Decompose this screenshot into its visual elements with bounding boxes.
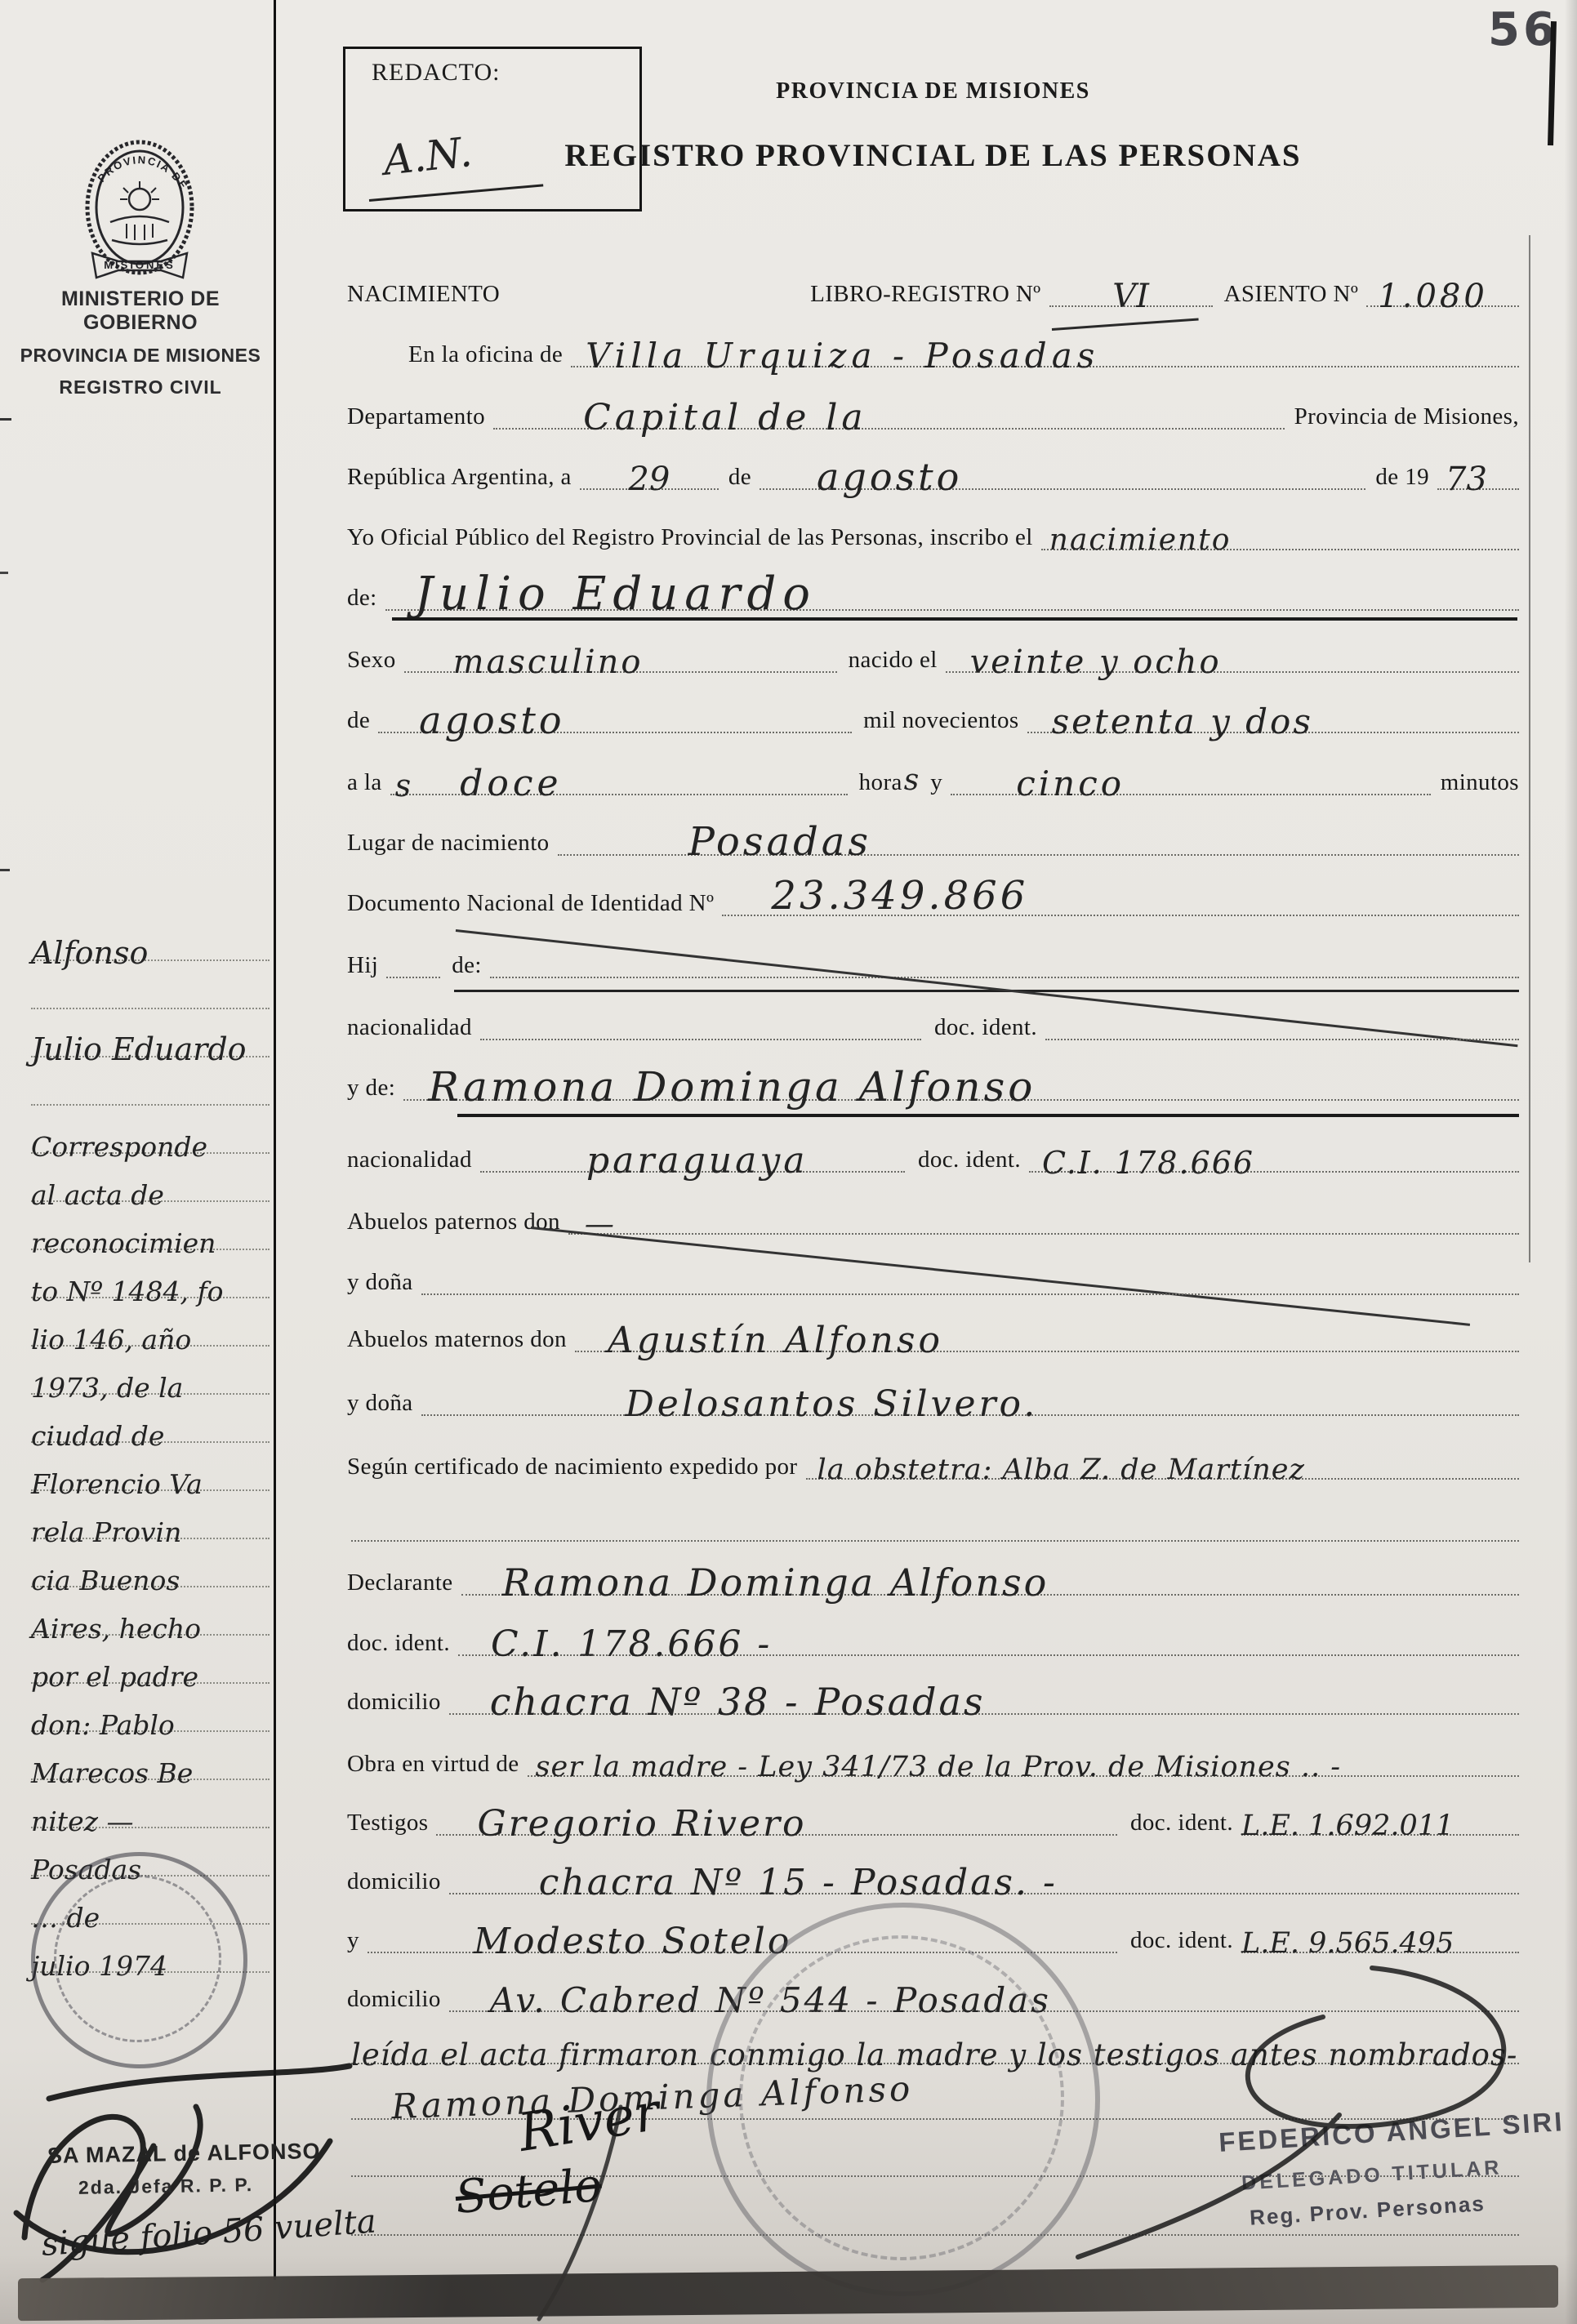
nacido-dia-value: veinte y ocho bbox=[946, 648, 1222, 676]
margin-note-text: nitez — bbox=[31, 1810, 133, 1833]
declarante-domicilio-value: chacra Nº 38 - Posadas bbox=[449, 1686, 986, 1718]
row-mes-nacimiento: de agosto mil novecientos setenta y dos bbox=[347, 701, 1519, 733]
margin-note-text: por el padre bbox=[31, 1666, 198, 1689]
edge-mark bbox=[0, 572, 8, 574]
hora-label: hora bbox=[848, 770, 904, 795]
nombre-value: Julio Eduardo bbox=[385, 575, 817, 614]
nombre-solid-underline bbox=[392, 617, 1517, 621]
dni-value: 23.349.866 bbox=[722, 879, 1028, 913]
obra-value: ser la madre - Ley 341/73 de la Prov. de… bbox=[528, 1756, 1342, 1780]
margin-note-text: 1973, de la bbox=[31, 1377, 183, 1400]
departamento-value: Capital de la bbox=[493, 403, 867, 433]
row-oficial: Yo Oficial Público del Registro Provinci… bbox=[347, 518, 1519, 550]
row-continuation-blank bbox=[351, 1509, 1519, 1542]
margin-note-text: cia Buenos bbox=[31, 1569, 180, 1592]
margin-note-text: reconocimien bbox=[31, 1232, 216, 1255]
y-label: y bbox=[347, 1928, 368, 1953]
seal-arc-text: PROVINCIA DE bbox=[96, 154, 191, 192]
de-label: de bbox=[719, 465, 760, 490]
dia-value: 29 bbox=[628, 465, 670, 493]
row-certificado: Según certificado de nacimiento expedido… bbox=[347, 1447, 1519, 1480]
lugar-value: Posadas bbox=[558, 826, 871, 859]
oficina-value: Villa Urquiza - Posadas bbox=[571, 341, 1099, 371]
scanned-birth-certificate: 56 REDACTO: A.N. PROVINCIA DE MISIONES R… bbox=[0, 0, 1577, 2324]
row-sexo: Sexo masculino nacido el veinte y ocho bbox=[347, 640, 1519, 673]
hora-value: doce bbox=[411, 768, 562, 799]
doc-ident-label: doc. ident. bbox=[1117, 1810, 1241, 1836]
left-stamp-title: 2da. Jefa R. P. P. bbox=[78, 2174, 254, 2199]
row-nacimiento: NACIMIENTO LIBRO-REGISTRO Nº VI ASIENTO … bbox=[347, 274, 1519, 307]
margin-note-text: al acta de bbox=[31, 1184, 164, 1207]
row-abuelo-materno: Abuelos maternos don Agustín Alfonso bbox=[347, 1320, 1519, 1352]
obra-label: Obra en virtud de bbox=[347, 1752, 528, 1777]
margin-note: Alfonso Julio Eduardo Corresponde al act… bbox=[31, 913, 270, 1973]
margin-note-text: Julio Eduardo bbox=[31, 1036, 247, 1062]
row-hora: a la s doce hora s y cinco minutos bbox=[347, 763, 1519, 795]
edge-mark bbox=[0, 418, 11, 421]
row-testigo1: Testigos Gregorio Rivero doc. ident. L.E… bbox=[347, 1803, 1519, 1836]
nacionalidad-label: nacionalidad bbox=[347, 1147, 480, 1173]
margin-note-text: Aires, hecho bbox=[31, 1618, 201, 1641]
declarante-label: Declarante bbox=[347, 1570, 461, 1596]
page-title: REGISTRO PROVINCIAL DE LAS PERSONAS bbox=[347, 137, 1519, 174]
row-nombre: de: Julio Eduardo bbox=[347, 565, 1519, 611]
testigos-label: Testigos bbox=[347, 1810, 436, 1836]
inscribo-value: nacimiento bbox=[1041, 528, 1232, 554]
abuelos-paternos-label: Abuelos paternos don bbox=[347, 1209, 568, 1235]
delegate-signature-swoosh bbox=[1029, 1919, 1568, 2270]
office-line: REGISTRO CIVIL bbox=[18, 376, 263, 398]
row-nacionalidad-madre: nacionalidad paraguaya doc. ident. C.I. … bbox=[347, 1140, 1519, 1173]
abuelos-maternos-label: Abuelos maternos don bbox=[347, 1327, 575, 1352]
dni-label: Documento Nacional de Identidad Nº bbox=[347, 891, 722, 916]
provincia-right-label: Provincia de Misiones, bbox=[1285, 404, 1519, 430]
sexo-label: Sexo bbox=[347, 648, 404, 673]
oficial-label: Yo Oficial Público del Registro Provinci… bbox=[347, 525, 1041, 550]
nacido-el-label: nacido el bbox=[837, 648, 946, 673]
testigo1-value: Gregorio Rivero bbox=[436, 1809, 806, 1839]
row-declarante-doc: doc. ident. C.I. 178.666 - bbox=[347, 1623, 1519, 1656]
testigo2-value: Modesto Sotelo bbox=[368, 1926, 791, 1957]
header-province: PROVINCIA DE MISIONES bbox=[347, 78, 1519, 105]
mes-value: agosto bbox=[760, 461, 962, 493]
doc-ident-label: doc. ident. bbox=[347, 1631, 458, 1656]
margin-note-line: Corresponde bbox=[31, 1106, 270, 1154]
certificado-value: la obstetra: Alba Z. de Martínez bbox=[806, 1458, 1305, 1483]
domicilio-label: domicilio bbox=[347, 1869, 449, 1894]
row-hijo-de: Hij de: bbox=[347, 946, 1519, 978]
right-rule bbox=[1529, 235, 1530, 1262]
margin-note-text: lio 146, año bbox=[31, 1329, 191, 1351]
margin-note-text: to Nº 1484, fo bbox=[31, 1280, 224, 1303]
redacto-box: REDACTO: bbox=[343, 47, 642, 211]
minutos-value: cinco bbox=[951, 769, 1125, 799]
hij-de-label: de: bbox=[440, 953, 490, 978]
testigo1-domicilio-value: chacra Nº 15 - Posadas. - bbox=[449, 1868, 1058, 1898]
domicilio-label: domicilio bbox=[347, 1690, 449, 1715]
declarante-value: Ramona Dominga Alfonso bbox=[461, 1567, 1049, 1599]
libro-underline-stroke bbox=[1052, 318, 1199, 331]
de-colon-label: de: bbox=[347, 585, 385, 611]
row-obra: Obra en virtud de ser la madre - Ley 341… bbox=[347, 1744, 1519, 1777]
hora-plural-s: s bbox=[904, 768, 919, 794]
departamento-label: Departamento bbox=[347, 404, 493, 430]
left-column-rule bbox=[274, 0, 276, 2280]
madre-value: Ramona Dominga Alfonso bbox=[403, 1070, 1036, 1105]
sexo-value: masculino bbox=[404, 648, 644, 676]
y-label: y bbox=[919, 770, 951, 795]
abuela-materna-value: Delosantos Silvero. bbox=[421, 1389, 1039, 1419]
row-abuela-materna: y doña Delosantos Silvero. bbox=[347, 1383, 1519, 1416]
row-nacionalidad-padre: nacionalidad doc. ident. bbox=[347, 1008, 1519, 1040]
round-stamp-inner bbox=[739, 1935, 1064, 2260]
margin-round-stamp-inner bbox=[54, 1875, 221, 2042]
asiento-label: ASIENTO Nº bbox=[1213, 282, 1367, 307]
left-stamp-name: SA MAZAL de ALFONSO bbox=[47, 2139, 321, 2169]
margin-note-line: Julio Eduardo bbox=[31, 1009, 270, 1057]
section-label: NACIMIENTO bbox=[347, 282, 508, 307]
row-madre: y de: Ramona Dominga Alfonso bbox=[347, 1058, 1519, 1101]
edge-mark bbox=[0, 869, 10, 871]
margin-note-text: rela Provin bbox=[31, 1521, 181, 1544]
row-abuelos-paternos: Abuelos paternos don — bbox=[347, 1202, 1519, 1235]
madre-solid-underline bbox=[457, 1114, 1519, 1117]
row-declarante: Declarante Ramona Dominga Alfonso bbox=[347, 1563, 1519, 1596]
row-fecha-registro: República Argentina, a 29 de agosto de 1… bbox=[347, 457, 1519, 490]
ministry-line: MINISTERIO DE GOBIERNO bbox=[18, 287, 263, 335]
row-departamento: Departamento Capital de la Provincia de … bbox=[347, 397, 1519, 430]
de-label: de bbox=[347, 708, 378, 733]
row-declarante-domicilio: domicilio chacra Nº 38 - Posadas bbox=[347, 1682, 1519, 1715]
nacionalidad-label: nacionalidad bbox=[347, 1015, 480, 1040]
oficina-label: En la oficina de bbox=[408, 342, 571, 367]
row-lugar: Lugar de nacimiento Posadas bbox=[347, 823, 1519, 856]
margin-note-text: Florencio Va bbox=[31, 1473, 203, 1496]
folio-number: 56 bbox=[1488, 3, 1558, 56]
anio-value: 73 bbox=[1437, 465, 1487, 493]
doc-ident-label: doc. ident. bbox=[921, 1015, 1045, 1040]
madre-doc-value: C.I. 178.666 bbox=[1029, 1150, 1254, 1176]
madre-nacionalidad-value: paraguaya bbox=[480, 1146, 809, 1176]
hijo-solid-underline bbox=[454, 990, 1519, 992]
libro-value: VI bbox=[1112, 283, 1149, 310]
province-seal: PROVINCIA DE MISIONES bbox=[69, 121, 210, 299]
margin-note-line: Alfonso bbox=[31, 913, 270, 961]
testigo1-doc-value: L.E. 1.692.011 bbox=[1241, 1814, 1454, 1839]
domicilio-label: domicilio bbox=[347, 1987, 449, 2012]
libro-label: LIBRO-REGISTRO Nº bbox=[810, 282, 1049, 307]
margin-note-text: ciudad de bbox=[31, 1425, 164, 1448]
lugar-label: Lugar de nacimiento bbox=[347, 830, 558, 856]
row-abuela-paterna: y doña bbox=[347, 1262, 1519, 1295]
republica-label: República Argentina, a bbox=[347, 465, 580, 490]
certificado-label: Según certificado de nacimiento expedido… bbox=[347, 1454, 806, 1480]
y-dona-label: y doña bbox=[347, 1391, 421, 1416]
margin-note-text: Marecos Be bbox=[31, 1762, 193, 1785]
hij-label: Hij bbox=[347, 953, 386, 978]
row-dni: Documento Nacional de Identidad Nº 23.34… bbox=[347, 884, 1519, 916]
y-dona-label: y doña bbox=[347, 1270, 421, 1295]
declarante-doc-value: C.I. 178.666 - bbox=[458, 1629, 772, 1659]
doc-ident-label: doc. ident. bbox=[905, 1147, 1029, 1173]
margin-note-text: Alfonso bbox=[31, 940, 148, 966]
mil-novecientos-label: mil novecientos bbox=[852, 708, 1027, 733]
svg-text:PROVINCIA DE: PROVINCIA DE bbox=[96, 154, 191, 192]
seal-banner-text: MISIONES bbox=[104, 259, 176, 271]
row-oficina: En la oficina de Villa Urquiza - Posadas bbox=[408, 335, 1519, 367]
a-la-label: a la bbox=[347, 770, 390, 795]
margin-note-text: Corresponde bbox=[31, 1136, 207, 1159]
abuelo-materno-value: Agustín Alfonso bbox=[575, 1325, 943, 1356]
sidebar-ministry-block: MINISTERIO DE GOBIERNO PROVINCIA DE MISI… bbox=[18, 287, 263, 398]
nacido-anio-value: setenta y dos bbox=[1027, 707, 1313, 737]
de19-label: de 19 bbox=[1365, 465, 1437, 490]
margin-note-text: don: Pablo bbox=[31, 1714, 175, 1737]
minutos-label: minutos bbox=[1431, 770, 1519, 795]
y-de-label: y de: bbox=[347, 1075, 403, 1101]
province-line: PROVINCIA DE MISIONES bbox=[18, 345, 263, 367]
a-la-plural-s: s bbox=[390, 772, 412, 799]
nacido-mes-value: agosto bbox=[378, 705, 564, 737]
row-testigo1-domicilio: domicilio chacra Nº 15 - Posadas. - bbox=[347, 1862, 1519, 1894]
asiento-value: 1.080 bbox=[1366, 283, 1488, 310]
